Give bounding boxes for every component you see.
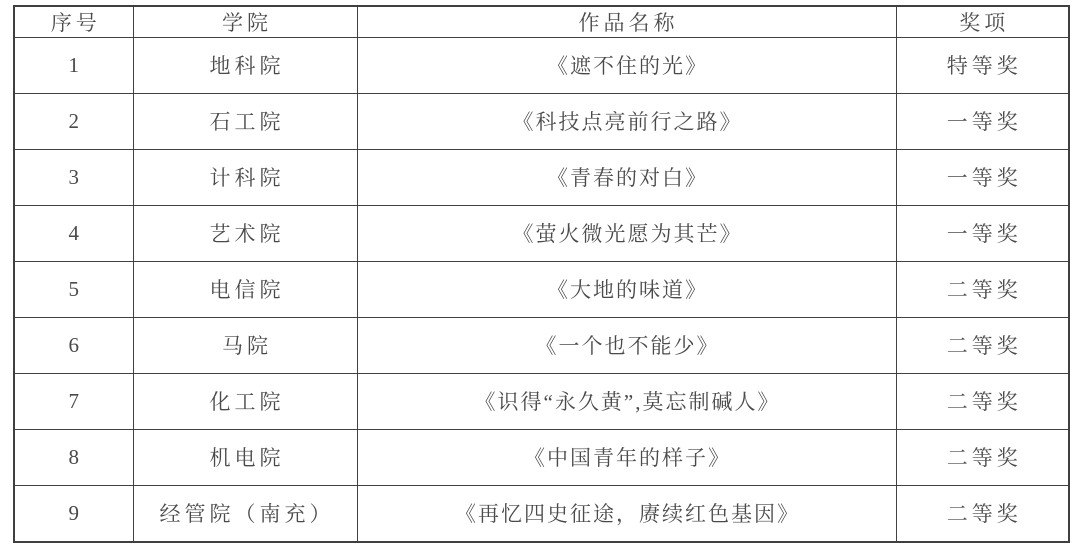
- award-cell: 二等奖: [896, 485, 1069, 542]
- college-cell: 马院: [133, 317, 357, 373]
- award-cell: 二等奖: [896, 373, 1069, 429]
- title-cell: 《识得“永久黄”,莫忘制碱人》: [357, 373, 896, 429]
- college-cell: 机电院: [133, 429, 357, 485]
- table-row: 8 机电院 《中国青年的样子》 二等奖: [14, 429, 1069, 485]
- award-cell: 特等奖: [896, 38, 1069, 94]
- table-row: 9 经管院（南充） 《再忆四史征途，赓续红色基因》 二等奖: [14, 485, 1069, 542]
- table-row: 1 地科院 《遮不住的光》 特等奖: [14, 38, 1069, 94]
- college-cell: 艺术院: [133, 205, 357, 261]
- table-row: 2 石工院 《科技点亮前行之路》 一等奖: [14, 93, 1069, 149]
- title-cell: 《遮不住的光》: [357, 38, 896, 94]
- header-award: 奖项: [896, 6, 1069, 38]
- header-title: 作品名称: [357, 6, 896, 38]
- title-cell: 《中国青年的样子》: [357, 429, 896, 485]
- header-seq: 序号: [14, 6, 133, 38]
- seq-cell: 3: [14, 149, 133, 205]
- title-cell: 《科技点亮前行之路》: [357, 93, 896, 149]
- seq-cell: 4: [14, 205, 133, 261]
- seq-cell: 7: [14, 373, 133, 429]
- header-college: 学院: [133, 6, 357, 38]
- college-cell: 石工院: [133, 93, 357, 149]
- award-cell: 二等奖: [896, 261, 1069, 317]
- award-cell: 一等奖: [896, 205, 1069, 261]
- college-cell: 地科院: [133, 38, 357, 94]
- page-background: 序号 学院 作品名称 奖项 1 地科院 《遮不住的光》 特等奖 2 石工院 《科…: [0, 0, 1080, 550]
- college-cell: 经管院（南充）: [133, 485, 357, 542]
- seq-cell: 8: [14, 429, 133, 485]
- college-cell: 计科院: [133, 149, 357, 205]
- table-row: 6 马院 《一个也不能少》 二等奖: [14, 317, 1069, 373]
- table-row: 7 化工院 《识得“永久黄”,莫忘制碱人》 二等奖: [14, 373, 1069, 429]
- award-cell: 二等奖: [896, 317, 1069, 373]
- seq-cell: 6: [14, 317, 133, 373]
- award-cell: 一等奖: [896, 93, 1069, 149]
- college-cell: 化工院: [133, 373, 357, 429]
- table-row: 4 艺术院 《萤火微光愿为其芒》 一等奖: [14, 205, 1069, 261]
- award-cell: 二等奖: [896, 429, 1069, 485]
- seq-cell: 1: [14, 38, 133, 94]
- seq-cell: 5: [14, 261, 133, 317]
- title-cell: 《一个也不能少》: [357, 317, 896, 373]
- title-cell: 《大地的味道》: [357, 261, 896, 317]
- title-cell: 《萤火微光愿为其芒》: [357, 205, 896, 261]
- table-row: 3 计科院 《青春的对白》 一等奖: [14, 149, 1069, 205]
- title-cell: 《青春的对白》: [357, 149, 896, 205]
- title-cell: 《再忆四史征途，赓续红色基因》: [357, 485, 896, 542]
- award-table: 序号 学院 作品名称 奖项 1 地科院 《遮不住的光》 特等奖 2 石工院 《科…: [13, 5, 1070, 543]
- table-row: 5 电信院 《大地的味道》 二等奖: [14, 261, 1069, 317]
- college-cell: 电信院: [133, 261, 357, 317]
- header-row: 序号 学院 作品名称 奖项: [14, 6, 1069, 38]
- award-cell: 一等奖: [896, 149, 1069, 205]
- seq-cell: 2: [14, 93, 133, 149]
- seq-cell: 9: [14, 485, 133, 542]
